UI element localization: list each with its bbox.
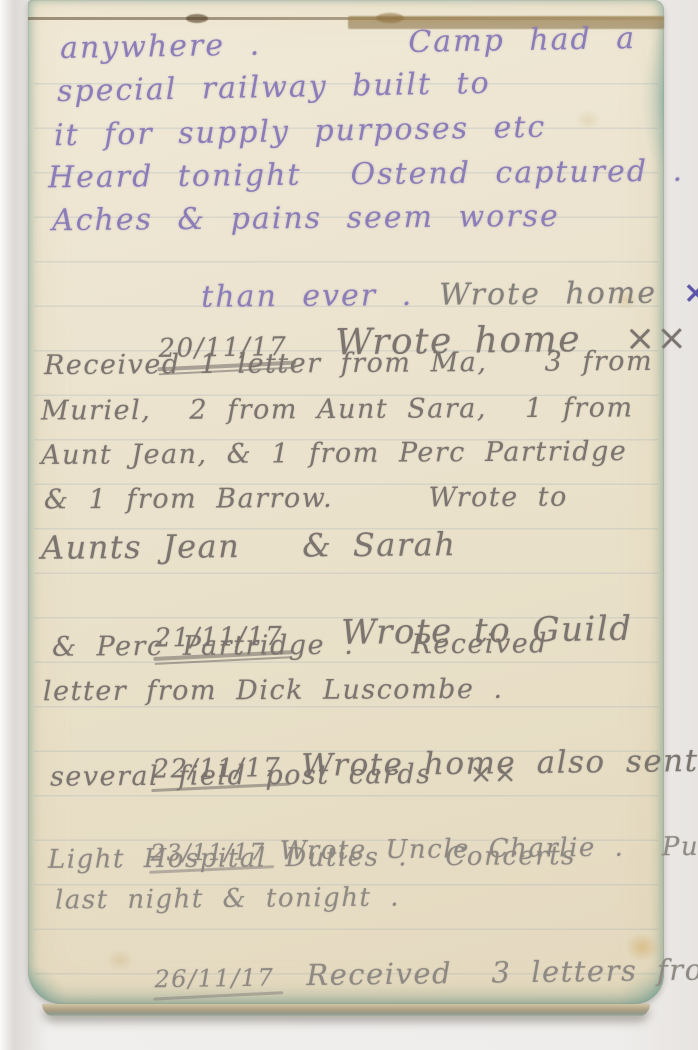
entry-line: Aunt Jean, & 1 from Perc Partridge — [41, 436, 628, 471]
diary-line: Heard tonight Ostend captured . — [48, 154, 684, 196]
scanner-background: anywhere . Camp had a special railway bu… — [0, 0, 698, 1050]
entry-line: Received 1 letter from Ma, 3 from — [44, 346, 653, 381]
crease-stain — [186, 14, 208, 23]
entry-line: & 1 from Barrow. Wrote to — [44, 482, 568, 516]
entry-line: Aunts Jean & Sarah — [41, 525, 457, 567]
entry-headline: Received 3 letters from — [306, 952, 698, 992]
diary-line: Aches & pains seem worse — [52, 199, 560, 238]
entry-line: Muriel, 2 from Aunt Sara, 1 from — [41, 392, 634, 426]
entry-header: 20/11/17Wrote home ×× — [43, 287, 689, 399]
entry-line: last night & tonight . — [55, 882, 400, 915]
notebook-page: anywhere . Camp had a special railway bu… — [28, 0, 664, 1004]
entry-date: 26/11/17 — [154, 964, 274, 994]
entry-line: Light Hospital Duties . Concerts — [48, 841, 576, 875]
entry-header: 26/11/17Received 3 letters from — [39, 921, 698, 1027]
entry-line: & Perc Partridge . Received — [52, 628, 548, 662]
entry-line: letter from Dick Luscombe . — [43, 674, 504, 707]
crease-stain — [376, 13, 404, 23]
entry-line: several field post cards ×× — [50, 758, 518, 792]
